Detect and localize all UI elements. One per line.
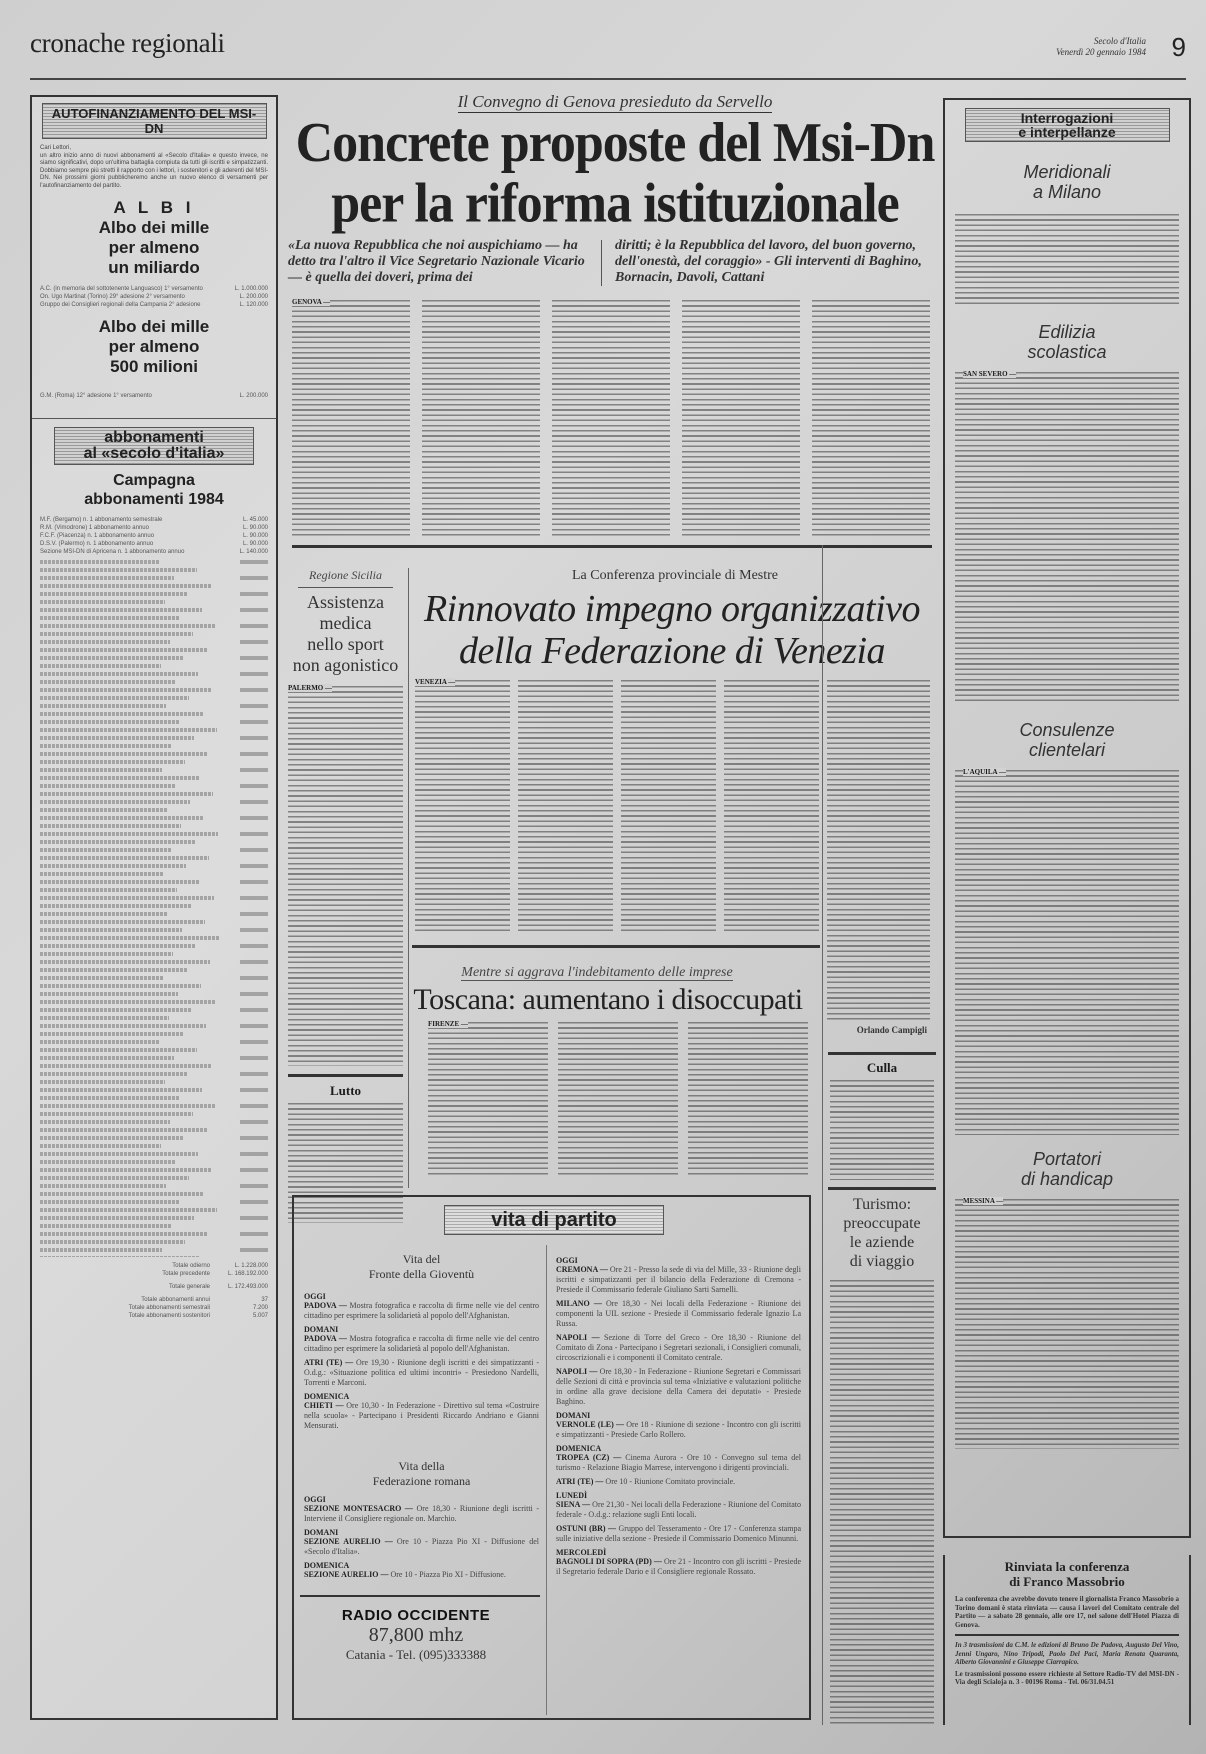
ledger-line <box>40 1119 268 1125</box>
section-title-line: Edilizia <box>945 322 1189 342</box>
entry-day: DOMENICA <box>304 1561 539 1570</box>
section-title-line: Consulenze <box>945 720 1189 740</box>
ledger-row: M.F. (Bergamo) n. 1 abbonamento semestra… <box>40 517 268 524</box>
ledger-line <box>40 951 268 957</box>
main-article-deck-right: diritti; è la Repubblica del lavoro, del… <box>615 238 925 286</box>
partito-entry: PADOVA — Mostra fotografica e raccolta d… <box>304 1334 539 1354</box>
ledger-line <box>40 615 268 621</box>
abbonamenti-banner-line: al «secolo d'italia» <box>59 446 249 462</box>
partito-entry: SIENA — Ore 21,30 - Nei locali della Fed… <box>556 1500 801 1520</box>
headline-line: Assistenza <box>288 592 403 613</box>
section-title: cronache regionali <box>30 28 225 59</box>
text-column <box>292 300 410 538</box>
partito-entry: NAPOLI — Sezione di Torre del Greco - Or… <box>556 1333 801 1363</box>
ledger-amount: L. 120.000 <box>220 302 268 309</box>
column-divider <box>408 568 409 1188</box>
entry-place: SEZIONE AURELIO — <box>304 1537 393 1546</box>
totals-ledger: Totale odiernoL. 1.228.000 Totale preced… <box>32 1263 276 1320</box>
ledger-line <box>40 927 268 933</box>
radio-frequency: 87,800 mhz <box>300 1624 532 1647</box>
ledger-line <box>40 639 268 645</box>
ledger-line <box>40 839 268 845</box>
sicilia-headline: Assistenza medica nello sport non agonis… <box>288 592 403 676</box>
entry-place: CHIETI — <box>304 1401 344 1410</box>
count-label: Totale abbonamenti sostenitori <box>129 1313 210 1320</box>
ledger-desc: A.C. (in memoria del sottotenente Langua… <box>40 286 220 293</box>
partito-entry: NAPOLI — Ore 18,30 - In Federazione - Ri… <box>556 1367 801 1407</box>
ledger-line <box>40 791 268 797</box>
paper-meta: Secolo d'Italia Venerdì 20 gennaio 1984 <box>1056 36 1146 58</box>
ledger-line <box>40 1031 268 1037</box>
section-title-line: a Milano <box>945 182 1189 202</box>
fronte-title-line: Fronte della Gioventù <box>304 1267 539 1282</box>
entry-place: TROPEA (CZ) — <box>556 1453 621 1462</box>
ledger-amount: L. 90.000 <box>220 533 268 540</box>
section-rule <box>300 1595 540 1597</box>
turismo-headline: Turismo: preoccupate le aziende di viagg… <box>828 1195 936 1271</box>
ledger-line <box>40 727 268 733</box>
radio-name: RADIO OCCIDENTE <box>300 1607 532 1624</box>
radio-contact: Catania - Tel. (095)333388 <box>300 1647 532 1663</box>
partito-entry: ATRI (TE) — Ore 10 - Riunione Comitato p… <box>556 1477 801 1487</box>
entry-place: SIENA — <box>556 1500 590 1509</box>
text-column <box>422 300 540 538</box>
partito-entry: TROPEA (CZ) — Cinema Aurora - Ore 10 - C… <box>556 1453 801 1473</box>
section-rule <box>292 545 932 548</box>
ledger-line <box>40 967 268 973</box>
notice-text: La conferenza che avrebbe dovuto tenere … <box>945 1589 1189 1629</box>
partito-entry: PADOVA — Mostra fotografica e raccolta d… <box>304 1301 539 1321</box>
ledger-line <box>40 767 268 773</box>
ledger-line <box>40 911 268 917</box>
entry-place: ATRI (TE) — <box>304 1358 353 1367</box>
ledger-line <box>40 999 268 1005</box>
sicilia-article: Regione Sicilia Assistenza medica nello … <box>288 568 403 1223</box>
ledger-line <box>40 631 268 637</box>
ledger-line <box>40 943 268 949</box>
main-article-kicker: Il Convegno di Genova presieduto da Serv… <box>300 92 930 112</box>
ledger-line <box>40 1047 268 1053</box>
ledger-line <box>40 583 268 589</box>
edilizia-body: SAN SEVERO — <box>955 372 1179 702</box>
entry-day: DOMANI <box>556 1411 801 1420</box>
ledger-line <box>40 1223 268 1229</box>
ledger-line <box>40 743 268 749</box>
romana-title-line: Federazione romana <box>304 1474 539 1489</box>
ledger-line <box>40 847 268 853</box>
text-column <box>827 680 930 1020</box>
column-divider <box>822 545 823 1725</box>
entry-place: ATRI (TE) — <box>556 1477 603 1486</box>
left-column-box: AUTOFINANZIAMENTO DEL MSI-DN Cari Lettor… <box>30 95 278 1720</box>
ledger-line <box>40 1167 268 1173</box>
ledger-amount: L. 90.000 <box>220 525 268 532</box>
ledger-row: Sezione MSI-DN di Apricena n. 1 abboname… <box>40 549 268 556</box>
ledger-line <box>40 1111 268 1117</box>
headline-line: per la riforma istituzionale <box>290 174 940 234</box>
albo-1-line: per almeno <box>32 238 276 258</box>
section-title-line: Portatori <box>945 1149 1189 1169</box>
edilizia-title: Edilizia scolastica <box>945 322 1189 362</box>
entry-day: OGGI <box>304 1292 539 1301</box>
ledger-desc: D.S.V. (Palermo) n. 1 abbonamento annuo <box>40 541 220 548</box>
text-column <box>682 300 800 538</box>
ledger-row: D.S.V. (Palermo) n. 1 abbonamento annuoL… <box>40 541 268 548</box>
ledger-desc: F.C.F. (Piacenza) n. 1 abbonamento annuo <box>40 533 220 540</box>
text-column <box>724 680 819 935</box>
ledger-line <box>40 831 268 837</box>
section-rule <box>828 1052 936 1055</box>
massobrio-notice: Rinviata la conferenza di Franco Massobr… <box>943 1555 1191 1725</box>
section-title-line: di handicap <box>945 1169 1189 1189</box>
ledger-line <box>40 647 268 653</box>
ledger-line <box>40 1231 268 1237</box>
ledger-row: F.C.F. (Piacenza) n. 1 abbonamento annuo… <box>40 533 268 540</box>
ledger-line <box>40 711 268 717</box>
ledger-amount: L. 45.000 <box>220 517 268 524</box>
ledger-line <box>40 1039 268 1045</box>
albo-2-title: Albo dei mille per almeno 500 milioni <box>32 317 276 377</box>
text-column <box>688 1022 808 1177</box>
total-amount: L. 172.493.000 <box>220 1284 268 1291</box>
notice-text-3: Le trasmissioni possono essere richieste… <box>945 1667 1189 1687</box>
ledger-line <box>40 663 268 669</box>
deck-divider <box>601 240 602 286</box>
ledger-line <box>40 1095 268 1101</box>
ledger-line <box>40 1215 268 1221</box>
dateline: FIRENZE — <box>428 1020 468 1028</box>
headline-line: nello sport <box>288 634 403 655</box>
partito-entry: CREMONA — Ore 21 - Presso la sede di via… <box>556 1265 801 1295</box>
partito-right-column: OGGICREMONA — Ore 21 - Presso la sede di… <box>556 1252 801 1581</box>
paper-name: Secolo d'Italia <box>1056 36 1146 47</box>
ledger-line <box>40 655 268 661</box>
ledger-line <box>40 1127 268 1133</box>
fronte-entries: OGGIPADOVA — Mostra fotografica e raccol… <box>304 1292 539 1431</box>
banner-line: e interpellanze <box>970 125 1165 139</box>
headline-line: preoccupate <box>828 1214 936 1233</box>
portatori-title: Portatori di handicap <box>945 1149 1189 1189</box>
total-row: Totale odiernoL. 1.228.000 <box>40 1263 268 1270</box>
count-value: 37 <box>220 1297 268 1304</box>
kicker-text: Mentre si aggrava l'indebitamento delle … <box>461 965 732 981</box>
ledger-line <box>40 1135 268 1141</box>
ledger-desc: M.F. (Bergamo) n. 1 abbonamento semestra… <box>40 517 220 524</box>
meridionali-body <box>955 214 1179 304</box>
kicker-text: Il Convegno di Genova presieduto da Serv… <box>458 92 773 113</box>
meridionali-title: Meridionali a Milano <box>945 162 1189 202</box>
ledger-line <box>40 1023 268 1029</box>
main-article-headline: Concrete proposte del Msi-Dn per la rifo… <box>290 114 940 235</box>
text-column <box>558 1022 678 1177</box>
sicilia-body: PALERMO — <box>288 686 403 1066</box>
entry-place: CREMONA — <box>556 1265 608 1274</box>
ledger-line <box>40 863 268 869</box>
ledger-line <box>40 1079 268 1085</box>
entry-text: Ore 10 - Piazza Pio XI - Diffusione. <box>390 1570 505 1579</box>
abbonamenti-banner-line: abbonamenti <box>59 430 249 446</box>
partito-entry: ATRI (TE) — Ore 19,30 - Riunione degli i… <box>304 1358 539 1388</box>
toscana-body: FIRENZE — <box>428 1022 818 1182</box>
count-row: Totale abbonamenti sostenitori5.007 <box>40 1313 268 1320</box>
masthead-rule <box>30 78 1186 80</box>
headline-line: di viaggio <box>828 1252 936 1271</box>
headline-line: le aziende <box>828 1233 936 1252</box>
partito-entry: OSTUNI (BR) — Gruppo del Tesseramento - … <box>556 1524 801 1544</box>
ledger-line <box>40 679 268 685</box>
partito-entry: SEZIONE AURELIO — Ore 10 - Piazza Pio XI… <box>304 1570 539 1580</box>
ledger-amount: L. 200.000 <box>220 294 268 301</box>
ledger-line <box>40 623 268 629</box>
ledger-line <box>40 1015 268 1021</box>
albo-1-title: Albo dei mille per almeno un miliardo <box>32 218 276 278</box>
count-value: 5.007 <box>220 1313 268 1320</box>
ledger-row: Gruppo dei Consiglieri regionali della C… <box>40 302 268 309</box>
entry-day: DOMANI <box>304 1325 539 1334</box>
venezia-kicker: La Conferenza provinciale di Mestre <box>420 568 930 584</box>
albo-2-line: per almeno <box>32 337 276 357</box>
radio-occidente-ad: RADIO OCCIDENTE 87,800 mhz Catania - Tel… <box>300 1607 532 1663</box>
culla-title: Culla <box>828 1060 936 1076</box>
entry-place: NAPOLI — <box>556 1333 600 1342</box>
ledger-line <box>40 871 268 877</box>
ledger-line <box>40 887 268 893</box>
ledger-line <box>40 991 268 997</box>
culla-body <box>830 1080 934 1180</box>
ledger-line <box>40 719 268 725</box>
headline-line: medica <box>288 613 403 634</box>
ledger-desc: Gruppo dei Consiglieri regionali della C… <box>40 302 220 309</box>
entry-day: DOMANI <box>304 1528 539 1537</box>
ledger-line <box>40 607 268 613</box>
entry-day: LUNEDÌ <box>556 1491 801 1500</box>
albo-1-line: Albo dei mille <box>32 218 276 238</box>
ledger-row: A.C. (in memoria del sottotenente Langua… <box>40 286 268 293</box>
partito-entry: CHIETI — Ore 10,30 - In Federazione - Di… <box>304 1401 539 1431</box>
notice-text-2: In 3 trasmissioni da C.M. le edizioni di… <box>945 1641 1189 1667</box>
ledger-line <box>40 1103 268 1109</box>
ledger-line <box>40 1255 268 1257</box>
notice-title: Rinviata la conferenza di Franco Massobr… <box>945 1559 1189 1589</box>
dateline: L'AQUILA — <box>963 768 1006 776</box>
consulenze-body: L'AQUILA — <box>955 770 1179 1135</box>
partito-entry: VERNOLE (LE) — Ore 18 - Riunione di sezi… <box>556 1420 801 1440</box>
dateline: PALERMO — <box>288 684 332 692</box>
ledger-filler-lines <box>32 557 276 1257</box>
total-row: Totale precedenteL. 168.192.000 <box>40 1271 268 1278</box>
ledger-line <box>40 671 268 677</box>
partito-right-entries: OGGICREMONA — Ore 21 - Presso la sede di… <box>556 1256 801 1577</box>
issue-date: Venerdì 20 gennaio 1984 <box>1056 47 1146 58</box>
entry-day: DOMENICA <box>556 1444 801 1453</box>
dateline: VENEZIA — <box>415 678 455 686</box>
entry-place: VERNOLE (LE) — <box>556 1420 624 1429</box>
intro-body: un altro inizio anno di nuovi abbonament… <box>40 153 268 191</box>
ledger-line <box>40 959 268 965</box>
albo-1-line: un miliardo <box>32 258 276 278</box>
ledger-line <box>40 895 268 901</box>
intro-salutation: Cari Lettori, <box>40 145 268 153</box>
dateline: MESSINA — <box>963 1197 1003 1205</box>
vita-di-partito-box: vita di partito Vita del Fronte della Gi… <box>292 1195 811 1720</box>
fronte-title-line: Vita del <box>304 1252 539 1267</box>
albi-title: A L B I <box>32 198 276 218</box>
total-row: Totale generaleL. 172.493.000 <box>40 1284 268 1291</box>
lutto-title: Lutto <box>288 1083 403 1099</box>
ledger-line <box>40 703 268 709</box>
ledger-line <box>40 575 268 581</box>
ledger-line <box>40 687 268 693</box>
ledger-line <box>40 591 268 597</box>
ledger-line <box>40 559 268 565</box>
ledger-line <box>40 1151 268 1157</box>
count-label: Totale abbonamenti annui <box>141 1297 210 1304</box>
ledger-line <box>40 903 268 909</box>
ledger-line <box>40 783 268 789</box>
entry-day: OGGI <box>556 1256 801 1265</box>
ledger-line <box>40 1191 268 1197</box>
ledger-line <box>40 1239 268 1245</box>
notice-title-line: Rinviata la conferenza <box>945 1559 1189 1574</box>
ledger-line <box>40 1207 268 1213</box>
text-column <box>812 300 930 538</box>
notice-title-line: di Franco Massobrio <box>945 1574 1189 1589</box>
text-column <box>621 680 716 935</box>
campagna-title: Campagna abbonamenti 1984 <box>32 471 276 509</box>
count-value: 7.200 <box>220 1305 268 1312</box>
partito-entry: SEZIONE MONTESACRO — Ore 18,30 - Riunion… <box>304 1504 539 1524</box>
entry-place: BAGNOLI DI SOPRA (PD) — <box>556 1557 662 1566</box>
ledger-line <box>40 935 268 941</box>
ledger-desc: Sezione MSI-DN di Apricena n. 1 abboname… <box>40 549 220 556</box>
ledger-line <box>40 983 268 989</box>
fronte-gioventu-column: Vita del Fronte della Gioventù OGGIPADOV… <box>304 1252 539 1584</box>
headline-line: Concrete proposte del Msi-Dn <box>290 114 940 174</box>
toscana-headline: Toscana: aumentano i disoccupati <box>408 982 808 1018</box>
total-label: Totale precedente <box>162 1271 210 1278</box>
entry-text: Ore 21,30 - Nei locali della Federazione… <box>556 1500 801 1519</box>
section-rule <box>828 1187 936 1190</box>
ledger-amount: L. 200.000 <box>220 393 268 400</box>
albo-2-line: 500 milioni <box>32 357 276 377</box>
partito-entry: SEZIONE AURELIO — Ore 10 - Piazza Pio XI… <box>304 1537 539 1557</box>
interrogazioni-box: Interrogazioni e interpellanze Meridiona… <box>943 98 1191 1538</box>
main-article-body: GENOVA — <box>292 300 930 540</box>
ledger-line <box>40 695 268 701</box>
ledger-desc: On. Ugo Martinat (Torino) 29° adesione 2… <box>40 294 220 301</box>
ledger-line <box>40 807 268 813</box>
ledger-line <box>40 975 268 981</box>
total-label: Totale odierno <box>172 1263 210 1270</box>
ledger-line <box>40 799 268 805</box>
ledger-line <box>40 1183 268 1189</box>
entry-place: SEZIONE AURELIO — <box>304 1570 388 1579</box>
intro-text: Cari Lettori, un altro inizio anno di nu… <box>32 139 276 196</box>
ledger-line <box>40 751 268 757</box>
fronte-title: Vita del Fronte della Gioventù <box>304 1252 539 1282</box>
main-article-deck-left: «La nuova Repubblica che noi auspichiamo… <box>288 238 588 286</box>
partito-entry: BAGNOLI DI SOPRA (PD) — Ore 21 - Incontr… <box>556 1557 801 1577</box>
ledger-line <box>40 1143 268 1149</box>
entry-place: PADOVA — <box>304 1334 347 1343</box>
ledger-row: R.M. (Vimodrone) 1 abbonamento annuoL. 9… <box>40 525 268 532</box>
dateline: GENOVA — <box>292 298 330 306</box>
albo-1-ledger: A.C. (in memoria del sottotenente Langua… <box>32 286 276 309</box>
abbonamenti-banner: abbonamenti al «secolo d'italia» <box>54 427 254 465</box>
text-column <box>552 300 670 538</box>
text-column <box>415 680 510 935</box>
interrogazioni-banner: Interrogazioni e interpellanze <box>965 108 1170 142</box>
section-title-line: Meridionali <box>945 162 1189 182</box>
ledger-amount: L. 140.000 <box>220 549 268 556</box>
total-amount: L. 168.192.000 <box>220 1271 268 1278</box>
ledger-row: G.M. (Roma) 12° adesione 1° versamentoL.… <box>40 393 268 400</box>
entry-day: DOMENICA <box>304 1392 539 1401</box>
ledger-desc: G.M. (Roma) 12° adesione 1° versamento <box>40 393 220 400</box>
ledger-amount: L. 90.000 <box>220 541 268 548</box>
venezia-body: VENEZIA — <box>415 680 930 940</box>
ledger-line <box>40 815 268 821</box>
headline-line: Turismo: <box>828 1195 936 1214</box>
partito-entry: MILANO — Ore 18,30 - Nei locali della Fe… <box>556 1299 801 1329</box>
entry-place: SEZIONE MONTESACRO — <box>304 1504 413 1513</box>
ledger-desc: R.M. (Vimodrone) 1 abbonamento annuo <box>40 525 220 532</box>
sicilia-kicker: Regione Sicilia <box>288 568 403 583</box>
ledger-line <box>40 919 268 925</box>
count-row: Totale abbonamenti annui37 <box>40 1297 268 1304</box>
entry-place: OSTUNI (BR) — <box>556 1524 616 1533</box>
venezia-byline: Orlando Campigli <box>827 1025 927 1035</box>
ledger-line <box>40 855 268 861</box>
entry-day: OGGI <box>304 1495 539 1504</box>
romana-entries: OGGISEZIONE MONTESACRO — Ore 18,30 - Riu… <box>304 1495 539 1580</box>
albo-2-line: Albo dei mille <box>32 317 276 337</box>
section-title-line: scolastica <box>945 342 1189 362</box>
text-column <box>428 1022 548 1177</box>
entry-place: NAPOLI — <box>556 1367 597 1376</box>
page-number: 9 <box>1172 32 1186 63</box>
ledger-row: On. Ugo Martinat (Torino) 29° adesione 2… <box>40 294 268 301</box>
column-divider <box>546 1245 547 1715</box>
ledger-line <box>40 759 268 765</box>
ledger-line <box>40 775 268 781</box>
count-label: Totale abbonamenti semestrali <box>129 1305 210 1312</box>
ledger-line <box>40 1063 268 1069</box>
autofinanziamento-banner: AUTOFINANZIAMENTO DEL MSI-DN <box>42 103 267 139</box>
entry-day: MERCOLEDÌ <box>556 1548 801 1557</box>
campagna-ledger: M.F. (Bergamo) n. 1 abbonamento semestra… <box>32 517 276 556</box>
headline-line: della Federazione di Venezia <box>412 630 932 672</box>
consulenze-title: Consulenze clientelari <box>945 720 1189 760</box>
campagna-title-line: abbonamenti 1984 <box>32 490 276 509</box>
ledger-amount: L. 1.000.000 <box>220 286 268 293</box>
ledger-line <box>40 1087 268 1093</box>
ledger-line <box>40 1007 268 1013</box>
count-row: Totale abbonamenti semestrali7.200 <box>40 1305 268 1312</box>
headline-line: Rinnovato impegno organizzativo <box>412 588 932 630</box>
ledger-line <box>40 1071 268 1077</box>
ledger-line <box>40 1247 268 1253</box>
entry-text: Ore 10 - Riunione Comitato provinciale. <box>605 1477 735 1486</box>
section-rule <box>412 945 820 948</box>
headline-line: non agonistico <box>288 655 403 676</box>
dateline: SAN SEVERO — <box>963 370 1016 378</box>
turismo-body <box>830 1280 934 1725</box>
ledger-line <box>40 1055 268 1061</box>
ledger-line <box>40 1159 268 1165</box>
ledger-line <box>40 823 268 829</box>
vita-di-partito-banner: vita di partito <box>444 1205 664 1235</box>
